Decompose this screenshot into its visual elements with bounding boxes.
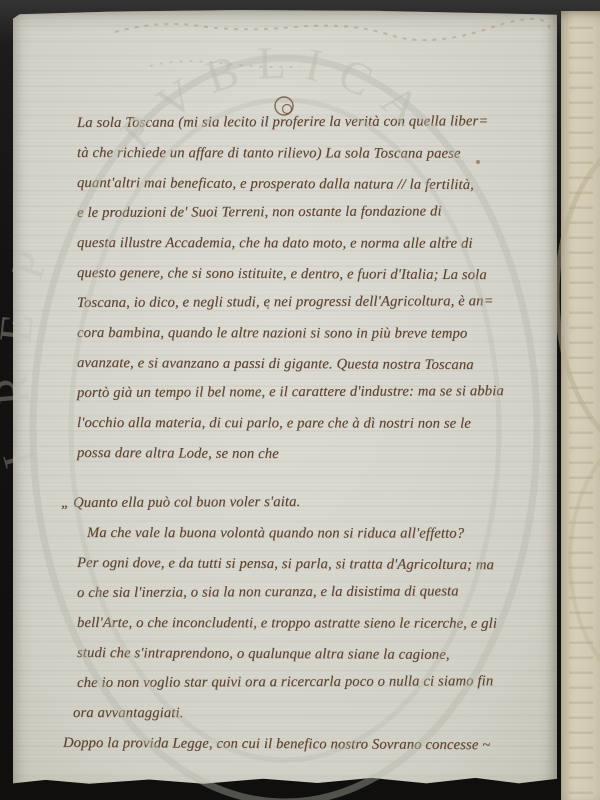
adjacent-page-bleed-through bbox=[561, 11, 600, 800]
manuscript-photo: La sola Toscana (mi sia lecito il profer… bbox=[0, 0, 600, 800]
manuscript-line: ora avvantaggiati. bbox=[73, 698, 549, 729]
manuscript-line-verse-quote: „ Quanto ella può col buon voler s'aita. bbox=[61, 486, 549, 518]
manuscript-line: questa illustre Accademia, che ha dato m… bbox=[77, 228, 549, 259]
manuscript-line: e le produzioni de' Suoi Terreni, non os… bbox=[77, 196, 549, 228]
manuscript-line: Toscana, io dico, e negli studi, e nei p… bbox=[77, 286, 549, 318]
adjacent-page-edge bbox=[561, 11, 600, 800]
handwritten-text-block: La sola Toscana (mi sia lecito il profer… bbox=[77, 108, 549, 758]
manuscript-line: che io non voglio star quivi ora a ricer… bbox=[77, 666, 549, 698]
manuscript-line: tà che richiede un affare di tanto rilie… bbox=[77, 138, 549, 169]
manuscript-line-paragraph-start: Doppo la provida Legge, con cui il benef… bbox=[63, 728, 549, 761]
manuscript-page: La sola Toscana (mi sia lecito il profer… bbox=[13, 10, 557, 792]
manuscript-line: possa dare altra Lode, se non che bbox=[77, 438, 549, 470]
manuscript-line: La sola Toscana (mi sia lecito il profer… bbox=[77, 106, 549, 138]
manuscript-line: o che sia l'inerzia, o sia la non curanz… bbox=[77, 576, 549, 608]
manuscript-line: Ma che vale la buona volontà quando non … bbox=[87, 518, 549, 549]
manuscript-line: l'occhio alla materia, di cui parlo, e p… bbox=[77, 408, 549, 439]
manuscript-line: portò già un tempo il bel nome, e il car… bbox=[77, 376, 549, 408]
manuscript-line: bell'Arte, o che inconcludenti, e troppo… bbox=[77, 608, 549, 639]
manuscript-line: cora bambina, quando le altre nazioni si… bbox=[77, 318, 549, 349]
